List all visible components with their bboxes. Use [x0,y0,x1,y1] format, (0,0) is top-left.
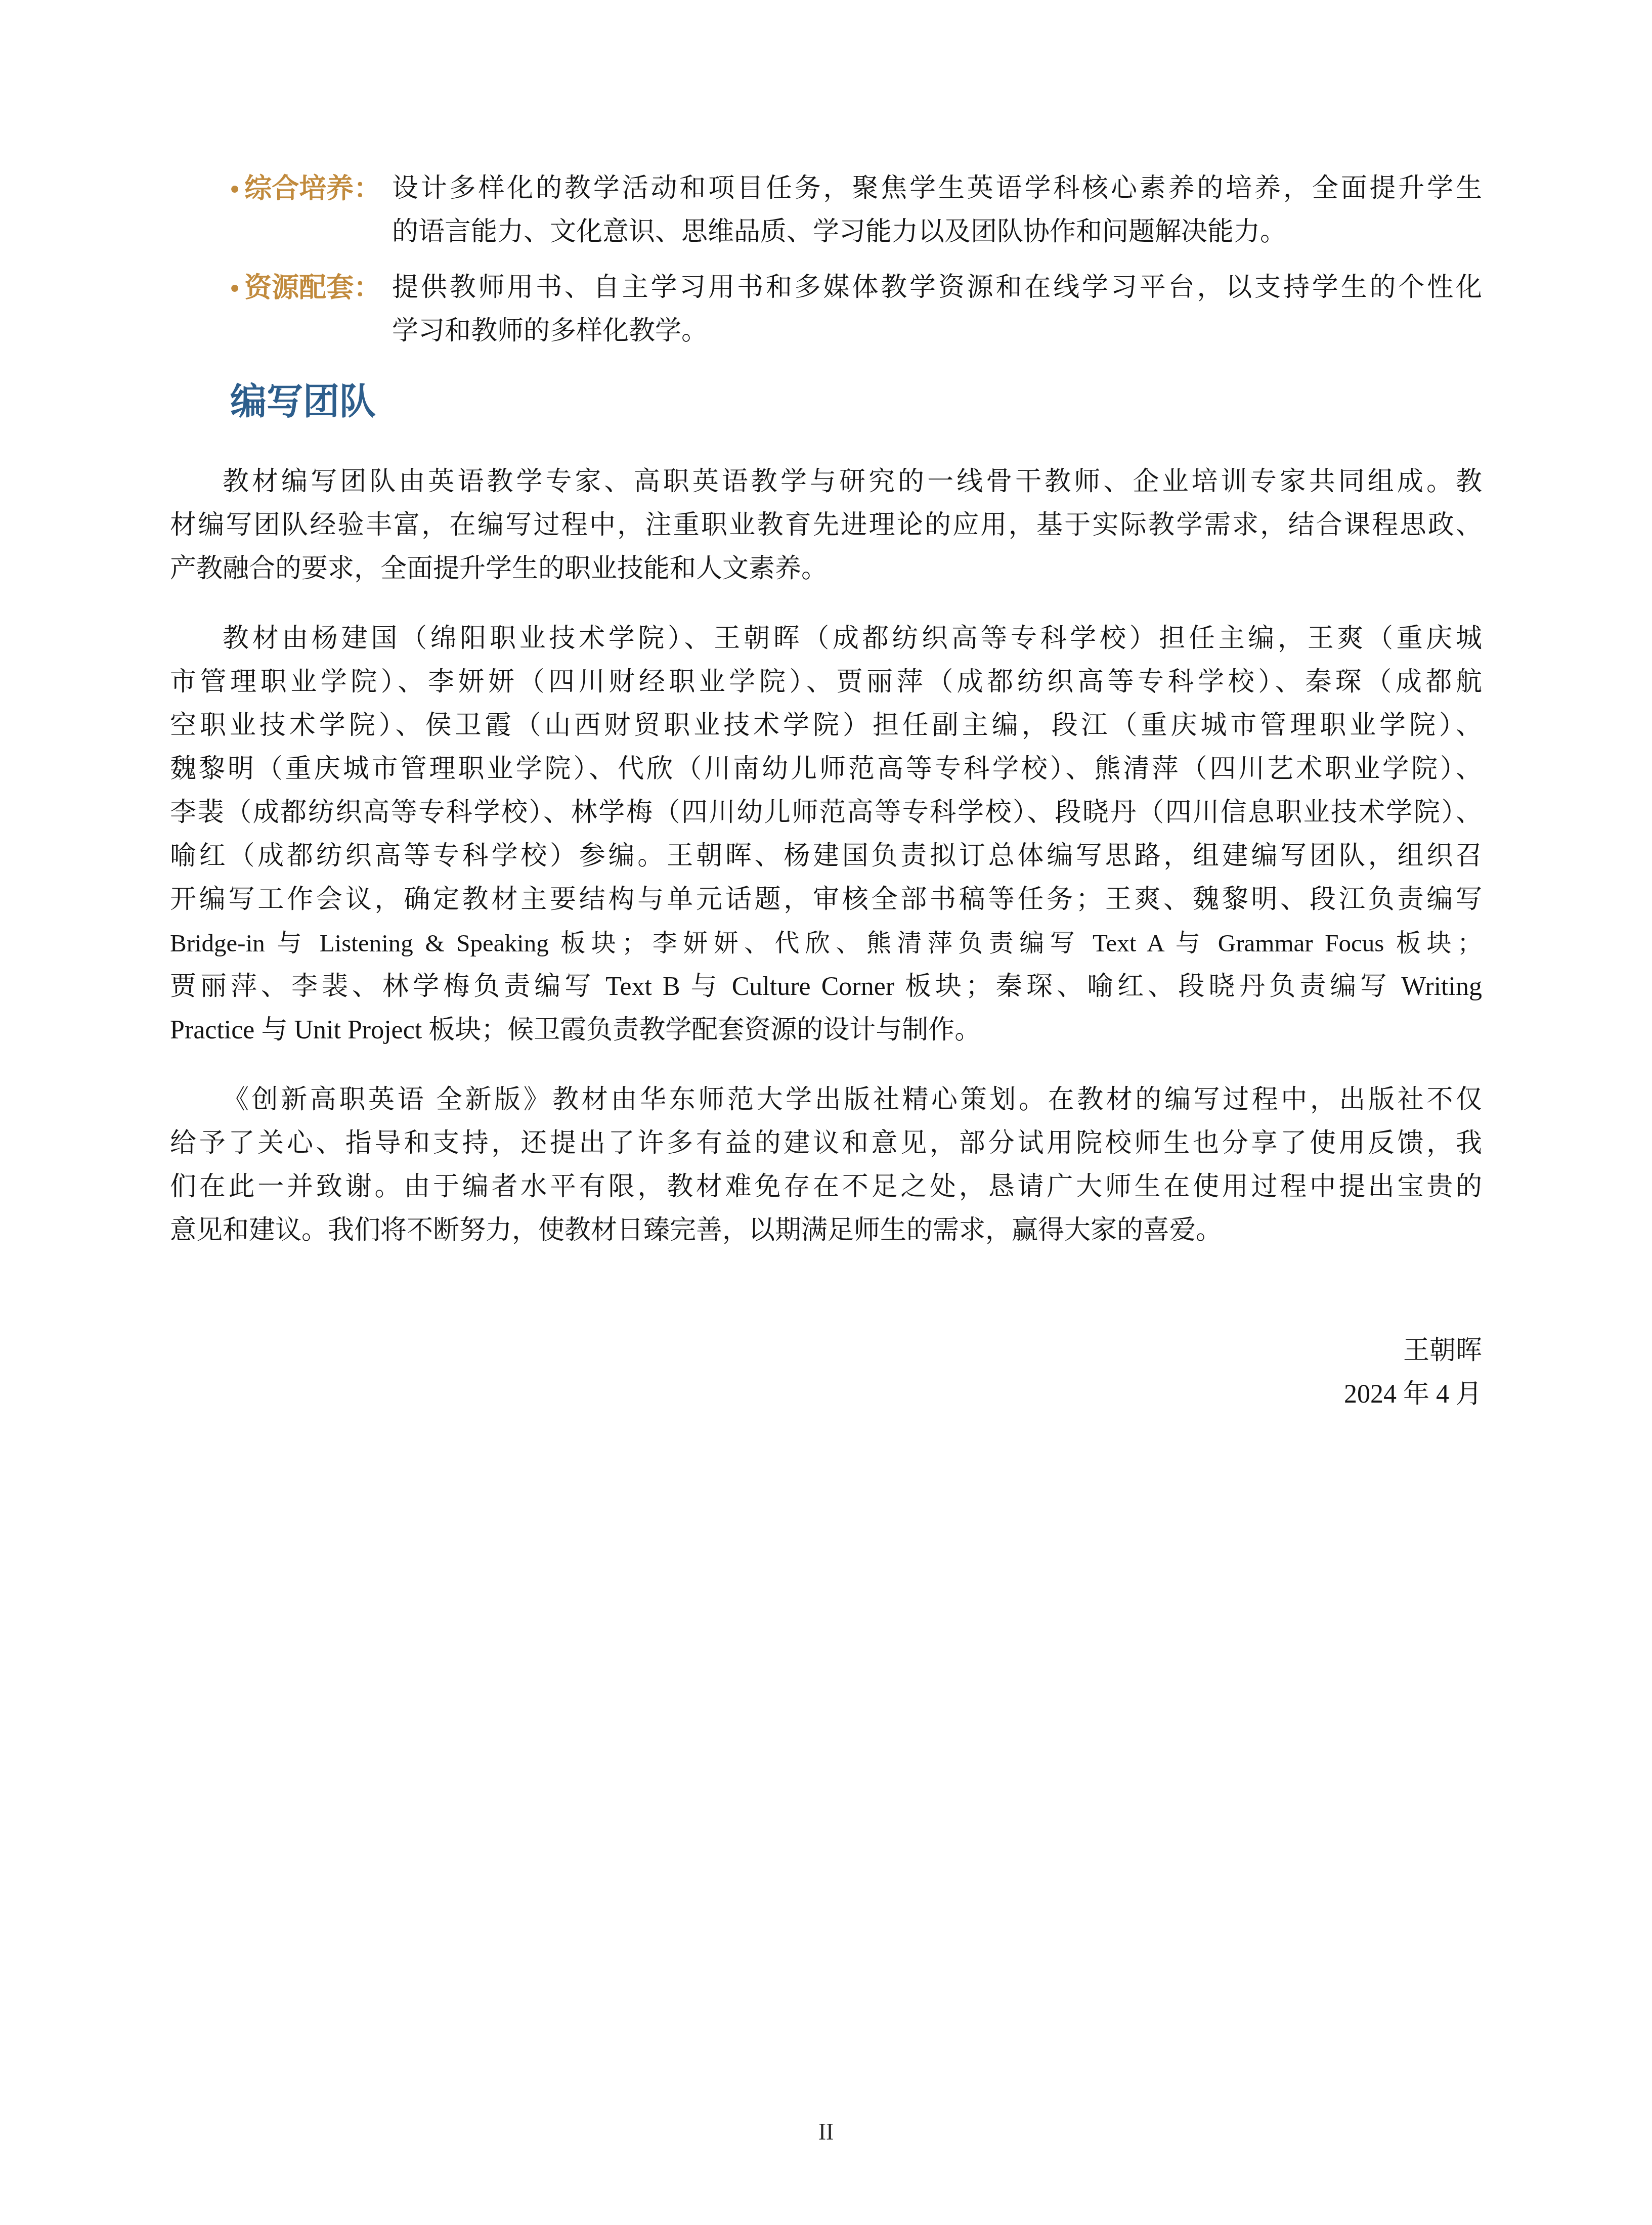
bullet-item: •综合培养：设计多样化的教学活动和项目任务，聚焦学生英语学科核心素养的培养，全面… [170,167,1482,254]
bullet-item: •资源配套：提供教师用书、自主学习用书和多媒体教学资源和在线学习平台，以支持学生… [170,266,1482,353]
paragraph-line: 魏黎明（重庆城市管理职业学院）、代欣（川南幼儿师范高等专科学校）、熊清萍（四川艺… [170,748,1482,791]
page: •综合培养：设计多样化的教学活动和项目任务，聚焦学生英语学科核心素养的培养，全面… [0,0,1652,2225]
paragraph-line: 给予了关心、指导和支持，还提出了许多有益的建议和意见，部分试用院校师生也分享了使… [170,1122,1482,1165]
paragraph-line: 教材由杨建国（绵阳职业技术学院）、王朝晖（成都纺织高等专科学校）担任主编，王爽（… [170,617,1482,661]
paragraph: 教材由杨建国（绵阳职业技术学院）、王朝晖（成都纺织高等专科学校）担任主编，王爽（… [170,617,1482,1052]
paragraph-line: 喻红（成都纺织高等专科学校）参编。王朝晖、杨建国负责拟订总体编写思路，组建编写团… [170,835,1482,878]
bullet-text-line: 提供教师用书、自主学习用书和多媒体教学资源和在线学习平台，以支持学生的个性化 [392,266,1482,310]
bullet-text-line: 学习和教师的多样化教学。 [392,310,1482,353]
bullet-label: 资源配套： [244,273,381,303]
paragraph-line: 们在此一并致谢。由于编者水平有限，教材难免存在不足之处，恳请广大师生在使用过程中… [170,1165,1482,1209]
paragraph-line: 开编写工作会议，确定教材主要结构与单元话题，审核全部书稿等任务；王爽、魏黎明、段… [170,878,1482,922]
bullet-dot-icon: • [230,174,239,204]
section-heading: 编写团队 [230,381,1482,422]
bullet-list: •综合培养：设计多样化的教学活动和项目任务，聚焦学生英语学科核心素养的培养，全面… [170,167,1482,353]
paragraph: 教材编写团队由英语教学专家、高职英语教学与研究的一线骨干教师、企业培训专家共同组… [170,460,1482,591]
paragraph-line: 贾丽萍、李裴、林学梅负责编写 Text B 与 Culture Corner 板… [170,965,1482,1009]
paragraphs: 教材编写团队由英语教学专家、高职英语教学与研究的一线骨干教师、企业培训专家共同组… [170,460,1482,1252]
paragraph-line: 材编写团队经验丰富，在编写过程中，注重职业教育先进理论的应用，基于实际教学需求，… [170,504,1482,547]
paragraph-line: 市管理职业学院）、李妍妍（四川财经职业学院）、贾丽萍（成都纺织高等专科学校）、秦… [170,661,1482,704]
bullet-text-line: 设计多样化的教学活动和项目任务，聚焦学生英语学科核心素养的培养，全面提升学生 [392,167,1482,210]
paragraph-line: 意见和建议。我们将不断努力，使教材日臻完善，以期满足师生的需求，赢得大家的喜爱。 [170,1209,1482,1252]
paragraph-line: Bridge-in 与 Listening & Speaking 板块；李妍妍、… [170,922,1482,965]
bullet-text: 设计多样化的教学活动和项目任务，聚焦学生英语学科核心素养的培养，全面提升学生的语… [392,167,1482,254]
paragraph-line: 产教融合的要求，全面提升学生的职业技能和人文素养。 [170,547,1482,591]
signature-date: 2024 年 4 月 [170,1373,1482,1416]
bullet-text: 提供教师用书、自主学习用书和多媒体教学资源和在线学习平台，以支持学生的个性化学习… [392,266,1482,353]
paragraph: 《创新高职英语 全新版》教材由华东师范大学出版社精心策划。在教材的编写过程中，出… [170,1078,1482,1252]
paragraph-line: 空职业技术学院）、侯卫霞（山西财贸职业技术学院）担任副主编，段江（重庆城市管理职… [170,704,1482,748]
bullet-marker: •综合培养： [230,167,381,217]
paragraph-line: 《创新高职英语 全新版》教材由华东师范大学出版社精心策划。在教材的编写过程中，出… [170,1078,1482,1122]
bullet-text-line: 的语言能力、文化意识、思维品质、学习能力以及团队协作和问题解决能力。 [392,210,1482,254]
signature-block: 王朝晖 2024 年 4 月 [170,1329,1482,1416]
paragraph-line: Practice 与 Unit Project 板块；候卫霞负责教学配套资源的设… [170,1009,1482,1052]
paragraph-line: 李裴（成都纺织高等专科学校）、林学梅（四川幼儿师范高等专科学校）、段晓丹（四川信… [170,791,1482,835]
page-number: II [0,2119,1652,2145]
signature-name: 王朝晖 [170,1329,1482,1373]
bullet-dot-icon: • [230,274,239,303]
bullet-label: 综合培养： [244,173,381,204]
bullet-marker: •资源配套： [230,266,381,317]
paragraph-line: 教材编写团队由英语教学专家、高职英语教学与研究的一线骨干教师、企业培训专家共同组… [170,460,1482,504]
